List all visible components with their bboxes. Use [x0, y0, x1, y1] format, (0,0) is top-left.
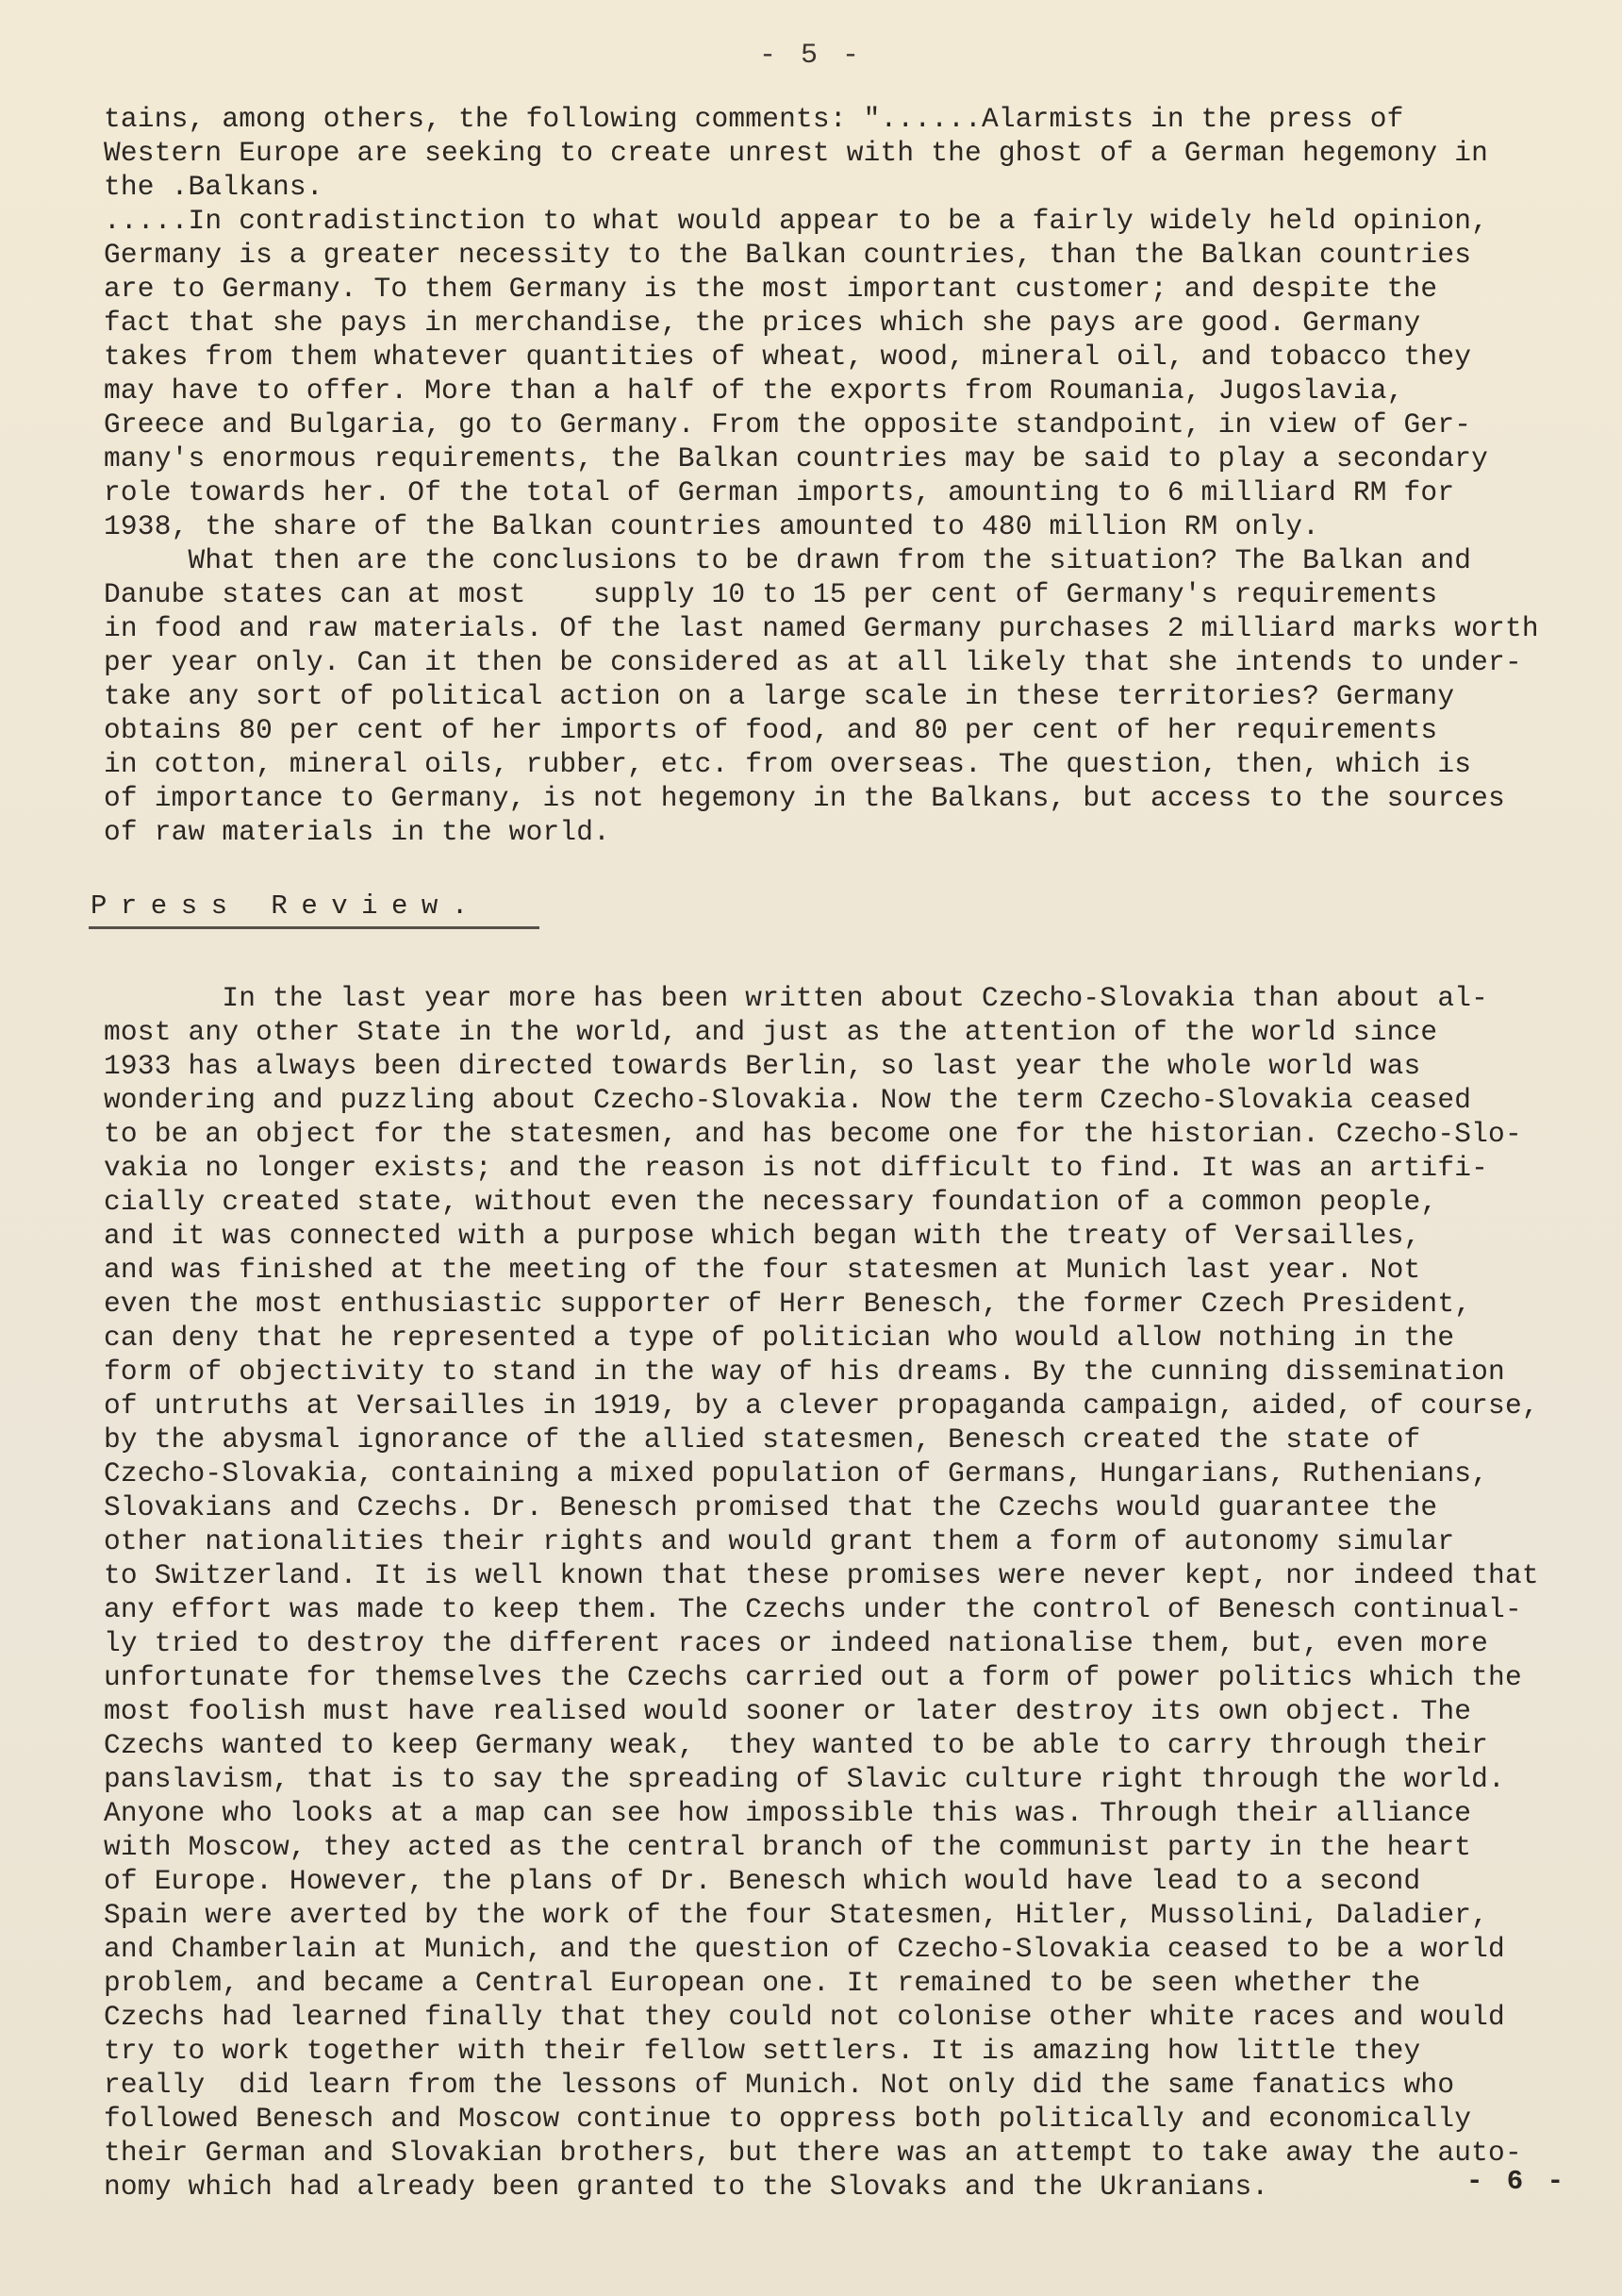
- text-line: with Moscow, they acted as the central b…: [104, 1830, 1594, 1864]
- text-line: other nationalities their rights and wou…: [104, 1524, 1594, 1558]
- text-line: takes from them whatever quantities of w…: [104, 340, 1594, 374]
- text-line: In the last year more has been written a…: [104, 981, 1594, 1015]
- text-line: form of objectivity to stand in the way …: [104, 1355, 1594, 1389]
- text-line: vakia no longer exists; and the reason i…: [104, 1151, 1594, 1185]
- text-line: fact that she pays in merchandise, the p…: [104, 306, 1594, 340]
- text-line: most any other State in the world, and j…: [104, 1015, 1594, 1049]
- text-line: even the most enthusiastic supporter of …: [104, 1287, 1594, 1321]
- text-line: nomy which had already been granted to t…: [104, 2170, 1594, 2204]
- text-line: unfortunate for themselves the Czechs ca…: [104, 1660, 1594, 1694]
- heading-underline: [89, 926, 539, 929]
- text-line: most foolish must have realised would so…: [104, 1694, 1594, 1728]
- text-line: of raw materials in the world.: [104, 815, 1594, 849]
- text-line: Czechs wanted to keep Germany weak, they…: [104, 1728, 1594, 1762]
- text-line: by the abysmal ignorance of the allied s…: [104, 1423, 1594, 1456]
- text-line: in cotton, mineral oils, rubber, etc. fr…: [104, 747, 1594, 781]
- section-heading: Press Review.: [91, 890, 482, 922]
- text-line: to be an object for the statesmen, and h…: [104, 1117, 1594, 1151]
- text-line: any effort was made to keep them. The Cz…: [104, 1592, 1594, 1626]
- text-line: tains, among others, the following comme…: [104, 102, 1594, 136]
- text-line: take any sort of political action on a l…: [104, 679, 1594, 713]
- text-line: may have to offer. More than a half of t…: [104, 374, 1594, 408]
- text-line: 1933 has always been directed towards Be…: [104, 1049, 1594, 1083]
- text-line: of importance to Germany, is not hegemon…: [104, 781, 1594, 815]
- text-line: try to work together with their fellow s…: [104, 2034, 1594, 2068]
- document-page: - 5 - tains, among others, the following…: [0, 0, 1622, 2296]
- text-line: Anyone who looks at a map can see how im…: [104, 1796, 1594, 1830]
- text-line: per year only. Can it then be considered…: [104, 645, 1594, 679]
- text-line: Danube states can at most supply 10 to 1…: [104, 577, 1594, 611]
- text-line: are to Germany. To them Germany is the m…: [104, 272, 1594, 306]
- text-line: Greece and Bulgaria, go to Germany. From…: [104, 408, 1594, 441]
- page-number: - 5 -: [0, 40, 1622, 72]
- text-line: panslavism, that is to say the spreading…: [104, 1762, 1594, 1796]
- text-line: .....In contradistinction to what would …: [104, 204, 1594, 238]
- text-line: Czecho-Slovakia, containing a mixed popu…: [104, 1456, 1594, 1490]
- text-line: the .Balkans.: [104, 170, 1594, 204]
- text-line: Germany is a greater necessity to the Ba…: [104, 238, 1594, 272]
- text-line: ly tried to destroy the different races …: [104, 1626, 1594, 1660]
- text-line: really did learn from the lessons of Mun…: [104, 2068, 1594, 2102]
- text-line: 1938, the share of the Balkan countries …: [104, 509, 1594, 543]
- text-line: of untruths at Versailles in 1919, by a …: [104, 1389, 1594, 1423]
- text-line: to Switzerland. It is well known that th…: [104, 1558, 1594, 1592]
- text-line: role towards her. Of the total of German…: [104, 475, 1594, 509]
- continuation-text: tains, among others, the following comme…: [104, 102, 1594, 849]
- text-line: wondering and puzzling about Czecho-Slov…: [104, 1083, 1594, 1117]
- text-line: Slovakians and Czechs. Dr. Benesch promi…: [104, 1490, 1594, 1524]
- text-line: Spain were averted by the work of the fo…: [104, 1898, 1594, 1932]
- press-review-text: In the last year more has been written a…: [104, 981, 1594, 2204]
- text-line: and was finished at the meeting of the f…: [104, 1253, 1594, 1287]
- text-line: and Chamberlain at Munich, and the quest…: [104, 1932, 1594, 1966]
- text-line: What then are the conclusions to be draw…: [104, 543, 1594, 577]
- text-line: and it was connected with a purpose whic…: [104, 1219, 1594, 1253]
- text-line: can deny that he represented a type of p…: [104, 1321, 1594, 1355]
- text-line: their German and Slovakian brothers, but…: [104, 2136, 1594, 2170]
- text-line: Western Europe are seeking to create unr…: [104, 136, 1594, 170]
- text-line: problem, and became a Central European o…: [104, 1966, 1594, 2000]
- next-page-marker: - 6 -: [1466, 2166, 1567, 2197]
- text-line: many's enormous requirements, the Balkan…: [104, 441, 1594, 475]
- text-line: followed Benesch and Moscow continue to …: [104, 2102, 1594, 2136]
- text-line: Czechs had learned finally that they cou…: [104, 2000, 1594, 2034]
- text-line: cially created state, without even the n…: [104, 1185, 1594, 1219]
- text-line: in food and raw materials. Of the last n…: [104, 611, 1594, 645]
- text-line: obtains 80 per cent of her imports of fo…: [104, 713, 1594, 747]
- text-line: of Europe. However, the plans of Dr. Ben…: [104, 1864, 1594, 1898]
